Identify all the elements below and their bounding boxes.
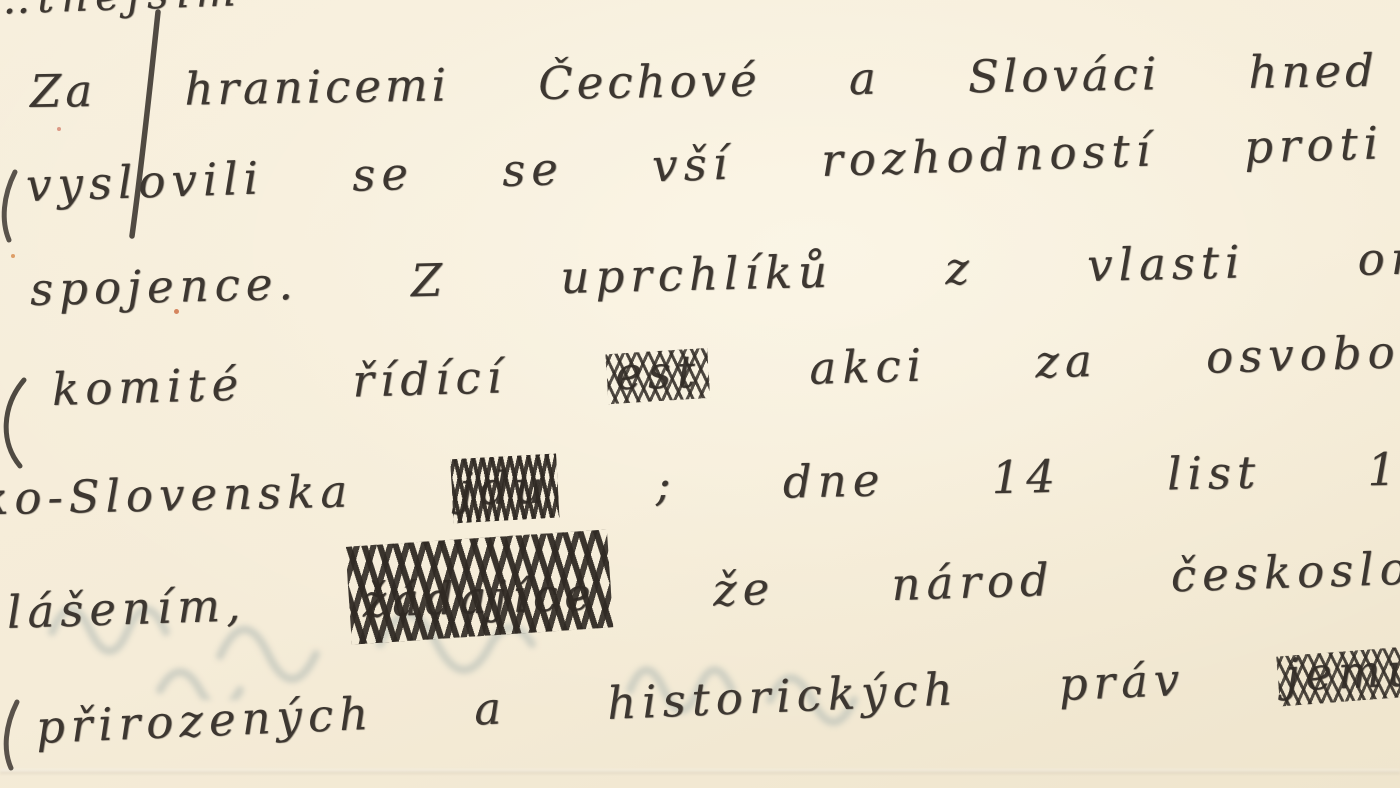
paper-speck bbox=[57, 127, 61, 131]
line-6-text: sko-Slovenska bbox=[0, 465, 354, 526]
paper-speck bbox=[11, 254, 15, 258]
line-7-text: hlášením, bbox=[0, 578, 247, 640]
paper-crease bbox=[0, 769, 1400, 774]
struck-word: jemu bbox=[1284, 642, 1400, 704]
struck-word: est bbox=[614, 344, 701, 403]
manuscript-page: { "manuscript": { "kind": "handwritten m… bbox=[0, 0, 1400, 788]
line-5-text: komité řídící bbox=[51, 350, 507, 416]
struck-word-heavy: žádajíce bbox=[362, 566, 598, 630]
struck-word: jdu bbox=[459, 459, 550, 517]
